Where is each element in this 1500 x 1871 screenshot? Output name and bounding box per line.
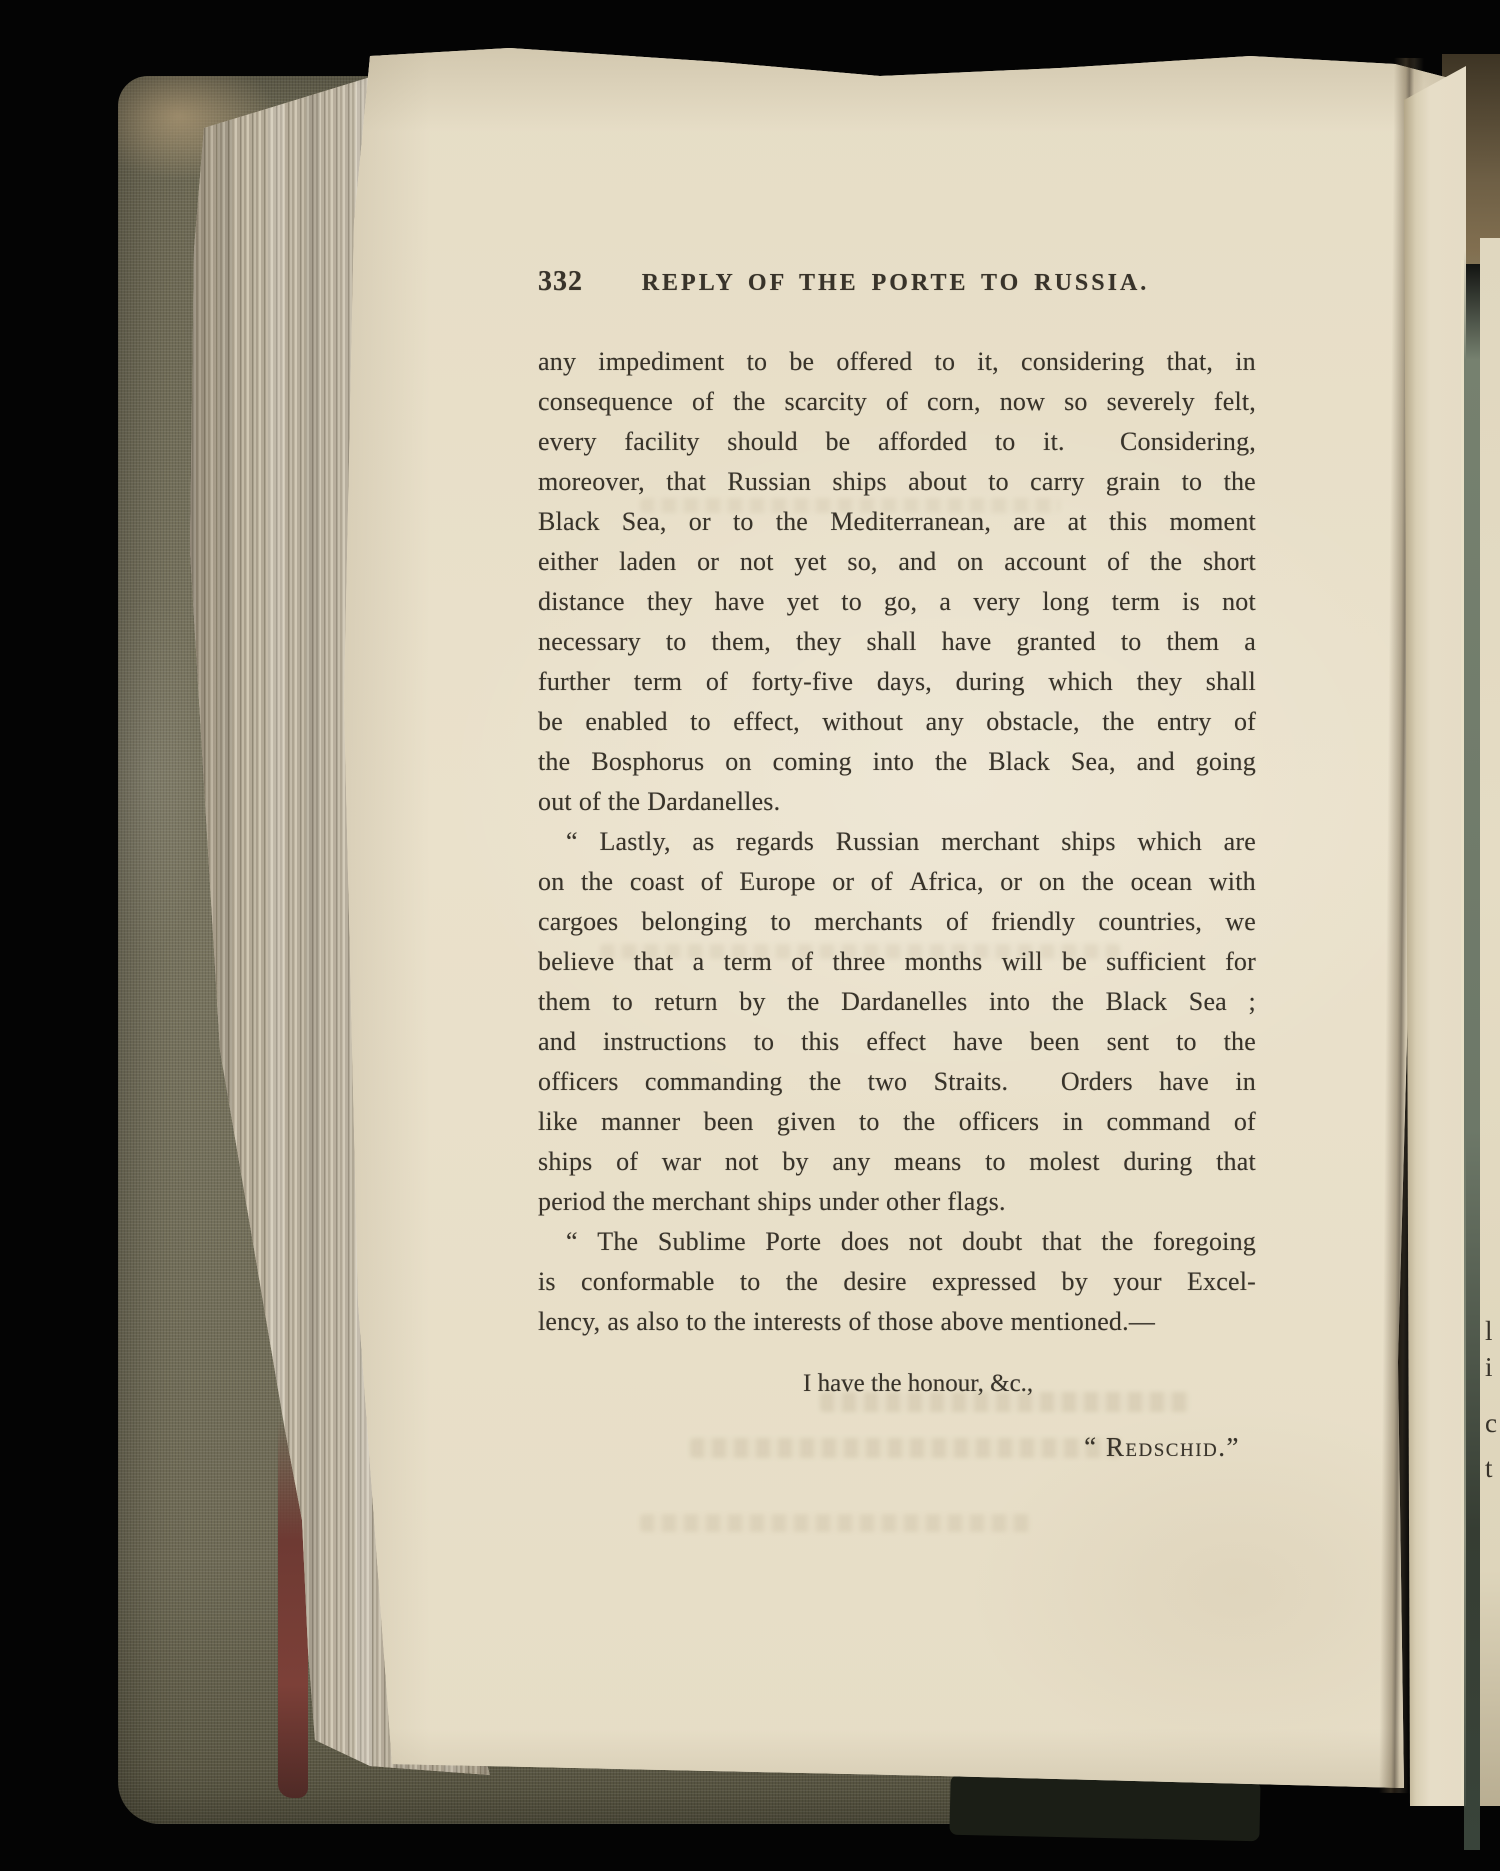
text-line: anyimpedimenttobeofferedtoit,considering…: [538, 342, 1256, 382]
text-line: everyfacilityshouldbeaffordedtoit.Consid…: [538, 422, 1256, 462]
text-line: onthecoastofEuropeorofAfrica,orontheocea…: [538, 862, 1256, 902]
text-line: “TheSublimePortedoesnotdoubtthattheforeg…: [538, 1222, 1256, 1262]
text-line: beenabledtoeffect,withoutanyobstacle,the…: [538, 702, 1256, 742]
text-line: shipsofwarnotbyanymeanstomolestduringtha…: [538, 1142, 1256, 1182]
text-line: likemannerbeengiventotheofficersincomman…: [538, 1102, 1256, 1142]
next-page-edge: [1404, 66, 1466, 1806]
edge-letter-fragment: t: [1485, 1453, 1493, 1484]
body-text: anyimpedimenttobeofferedtoit,considering…: [538, 342, 1256, 1342]
page-number: 332: [538, 266, 583, 298]
text-line: “Lastly,asregardsRussianmerchantshipswhi…: [538, 822, 1256, 862]
bottom-gutter-shadow: [949, 1775, 1260, 1841]
text-line: consequenceofthescarcityofcorn,nowsoseve…: [538, 382, 1256, 422]
text-line: andinstructionstothiseffecthavebeensentt…: [538, 1022, 1256, 1062]
text-line: furthertermofforty-fivedays,duringwhicht…: [538, 662, 1256, 702]
text-line: officerscommandingthetwoStraits.Ordersha…: [538, 1062, 1256, 1102]
text-line: theBosphorusoncomingintotheBlackSea,andg…: [538, 742, 1256, 782]
edge-letter-fragment: i: [1485, 1352, 1493, 1383]
text-line: outoftheDardanelles.: [538, 782, 1256, 822]
closing-line: I have the honour, &c.,: [803, 1364, 1033, 1404]
text-line: cargoesbelongingtomerchantsoffriendlycou…: [538, 902, 1256, 942]
signature-line: “ Redschid.”: [538, 1432, 1256, 1463]
text-line: necessarytothem,theyshallhavegrantedtoth…: [538, 622, 1256, 662]
text-line: themtoreturnbytheDardanellesintotheBlack…: [538, 982, 1256, 1022]
text-line: lency,asalsototheinterestsofthoseaboveme…: [538, 1302, 1256, 1342]
facing-page-edge: lict: [1480, 238, 1500, 1806]
book-scan-photo: lict 332 REPLY OF THE PORTE TO RUSSIA. a…: [0, 0, 1500, 1871]
edge-letter-fragment: c: [1485, 1408, 1497, 1439]
text-line: isconformabletothedesireexpressedbyyourE…: [538, 1262, 1256, 1302]
text-line: believethatatermofthreemonthswillbesuffi…: [538, 942, 1256, 982]
text-line: periodthemerchantshipsunderotherflags.: [538, 1182, 1256, 1222]
printed-text-layer: 332 REPLY OF THE PORTE TO RUSSIA. anyimp…: [538, 0, 1256, 1700]
running-title: REPLY OF THE PORTE TO RUSSIA.: [583, 270, 1256, 297]
text-line: distancetheyhaveyettogo,averylongtermisn…: [538, 582, 1256, 622]
text-line: eitherladenornotyetso,andonaccountofthes…: [538, 542, 1256, 582]
text-line: BlackSea,ortotheMediterranean,areatthism…: [538, 502, 1256, 542]
page-header: 332 REPLY OF THE PORTE TO RUSSIA.: [538, 266, 1256, 298]
text-line: moreover,thatRussianshipsabouttocarrygra…: [538, 462, 1256, 502]
edge-letter-fragment: l: [1485, 1316, 1493, 1347]
gutter-shadow-strip: [1464, 250, 1480, 1850]
